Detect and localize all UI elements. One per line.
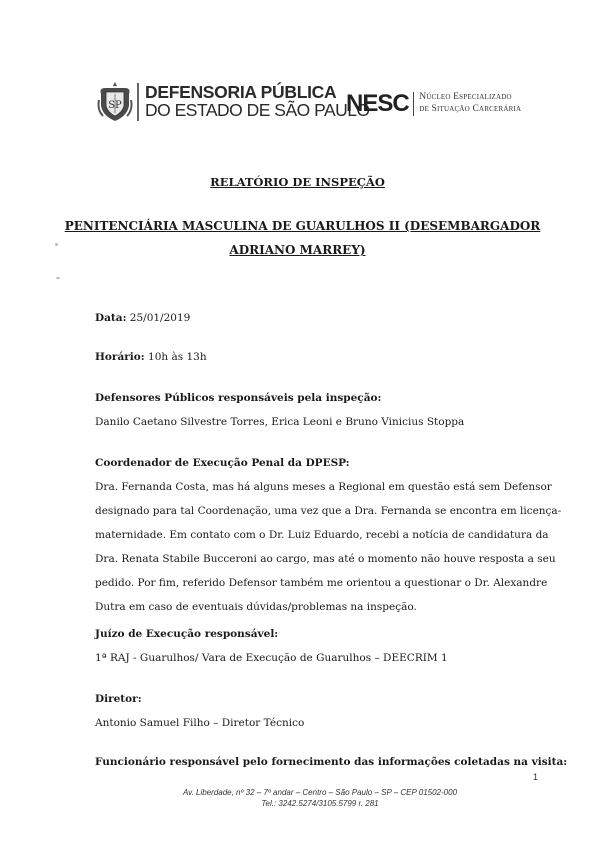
director-value: Antonio Samuel Filho – Diretor Técnico	[95, 711, 515, 735]
defenders-field: Defensores Públicos responsáveis pela in…	[95, 386, 515, 434]
date-label: Data:	[95, 312, 126, 324]
date-value: 25/01/2019	[126, 312, 190, 324]
coordinator-field: Coordenador de Execução Penal da DPESP: …	[95, 451, 515, 619]
report-title: RELATÓRIO DE INSPEÇÃO	[0, 175, 595, 189]
page-number: 1	[533, 772, 538, 782]
nesc-logo: NESC Núcleo Especializado de Situação Ca…	[346, 90, 521, 118]
defenders-label: Defensores Públicos responsáveis pela in…	[95, 386, 515, 410]
nesc-name-line1: Núcleo Especializado	[419, 92, 521, 104]
footer-address: Av. Liberdade, nº 32 – 7º andar – Centro…	[0, 788, 595, 797]
scan-speck	[55, 243, 58, 246]
paragraph-line: Dra. Renata Stabile Bucceroni ao cargo, …	[95, 547, 515, 571]
defenders-value: Danilo Caetano Silvestre Torres, Erica L…	[95, 410, 515, 434]
time-field: Horário: 10h às 13h	[95, 345, 515, 369]
court-value: 1ª RAJ - Guarulhos/ Vara de Execução de …	[95, 646, 515, 670]
defensoria-name: DEFENSORIA PÚBLICA DO ESTADO DE SÃO PAUL…	[145, 84, 370, 120]
court-label: Juízo de Execução responsável:	[95, 622, 515, 646]
paragraph-line: maternidade. Em contato com o Dr. Luiz E…	[95, 523, 515, 547]
paragraph-line: pedido. Por fim, referido Defensor també…	[95, 571, 515, 595]
sao-paulo-crest-icon: SP	[97, 80, 133, 124]
director-label: Diretor:	[95, 687, 515, 711]
paragraph-line: Dutra em caso de eventuais dúvidas/probl…	[95, 595, 515, 619]
nesc-mark: NESC	[346, 90, 409, 118]
paragraph-line: designado para tal Coordenação, uma vez …	[95, 499, 515, 523]
nesc-name: Núcleo Especializado de Situação Carcerá…	[419, 92, 521, 116]
nesc-name-line2: de Situação Carcerária	[419, 104, 521, 116]
paragraph-line: Dra. Fernanda Costa, mas há alguns meses…	[95, 475, 515, 499]
coordinator-label: Coordenador de Execução Penal da DPESP:	[95, 451, 515, 475]
defensoria-name-line2: DO ESTADO DE SÃO PAULO	[145, 102, 370, 120]
staff-label: Funcionário responsável pelo forneciment…	[95, 750, 545, 774]
court-field: Juízo de Execução responsável: 1ª RAJ - …	[95, 622, 515, 670]
date-field: Data: 25/01/2019	[95, 306, 515, 330]
logo-divider	[137, 83, 139, 121]
footer-phone: Tel.: 3242.5274/3105.5799 r. 281	[0, 799, 595, 808]
staff-field: Funcionário responsável pelo forneciment…	[95, 750, 545, 774]
facility-title-line2: ADRIANO MARREY)	[0, 243, 595, 257]
time-value: 10h às 13h	[145, 351, 207, 363]
nesc-divider	[413, 92, 415, 116]
time-label: Horário:	[95, 351, 145, 363]
defensoria-logo: SP DEFENSORIA PÚBLICA DO ESTADO DE SÃO P…	[97, 80, 370, 124]
letterhead: SP DEFENSORIA PÚBLICA DO ESTADO DE SÃO P…	[97, 80, 527, 130]
coordinator-paragraph: Dra. Fernanda Costa, mas há alguns meses…	[95, 475, 515, 619]
facility-title-line1: PENITENCIÁRIA MASCULINA DE GUARULHOS II …	[5, 219, 595, 233]
director-field: Diretor: Antonio Samuel Filho – Diretor …	[95, 687, 515, 735]
scan-speck	[56, 277, 60, 279]
